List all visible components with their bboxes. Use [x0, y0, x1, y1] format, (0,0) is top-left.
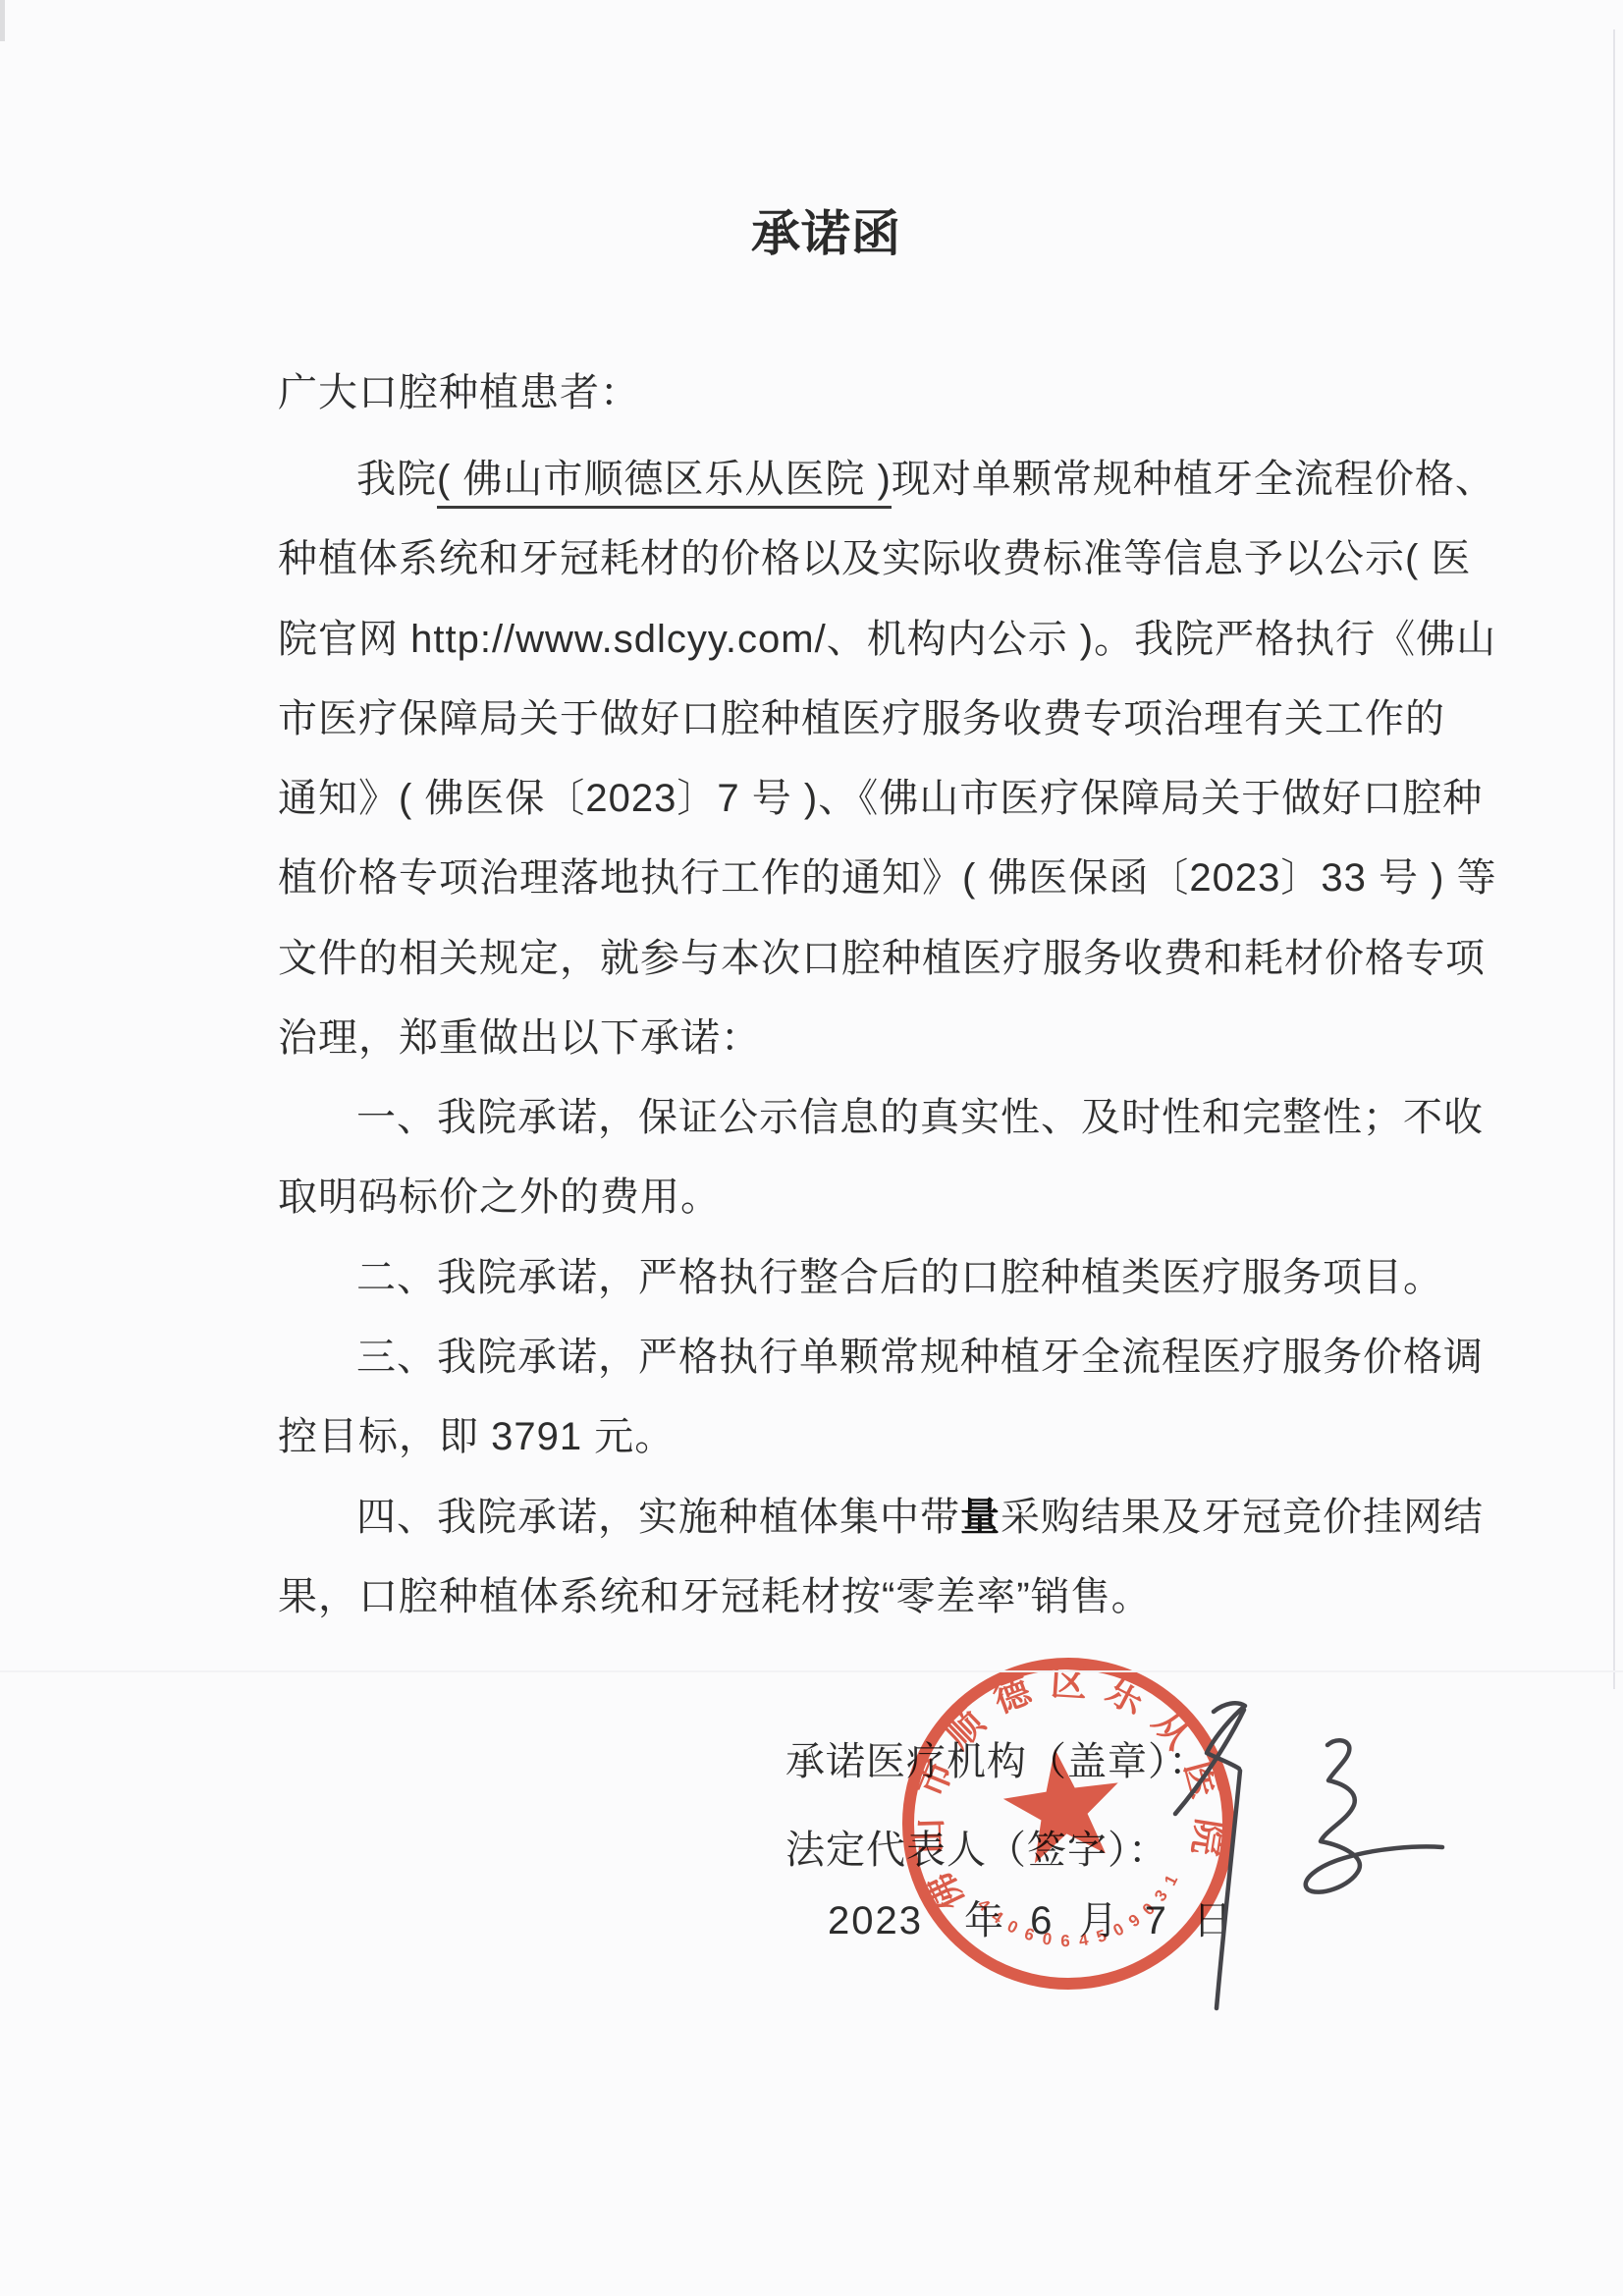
body-line: 通知》( 佛医保〔2023〕7 号 )、《佛山市医疗保障局关于做好口腔种: [278, 767, 1483, 823]
body-line-prefix: 我院: [356, 458, 437, 501]
item-4-bold-char: 量: [960, 1496, 1001, 1539]
legal-representative-label: 法定代表人（签字）：: [785, 1819, 1168, 1875]
scanned-commitment-letter-page: 承诺函 广大口腔种植患者： 我院( 佛山市顺德区乐从医院 )现对单颗常规种植牙全…: [0, 0, 1623, 2296]
commitment-item-4-line-1: 四、我院承诺，实施种植体集中带量采购结果及牙冠竞价挂网结: [356, 1486, 1484, 1542]
date-line: 2023 年 6 月 7 日: [828, 1889, 1234, 1945]
page-title: 承诺函: [751, 194, 901, 265]
scan-artifact-fold-line: [0, 1670, 1623, 1672]
body-line: 植价格专项治理落地执行工作的通知》( 佛医保函〔2023〕33 号 ) 等: [278, 847, 1497, 902]
body-line: 市医疗保障局关于做好口腔种植医疗服务收费专项治理有关工作的: [278, 687, 1445, 743]
commitment-item-3-line-2: 控目标，即 3791 元。: [278, 1405, 675, 1461]
salutation: 广大口腔种植患者：: [278, 361, 640, 417]
stamping-org-label: 承诺医疗机构（盖章）：: [785, 1730, 1209, 1786]
body-line: 院官网 http://www.sdlcyy.com/、机构内公示 )。我院严格执…: [278, 608, 1496, 664]
body-line: 我院( 佛山市顺德区乐从医院 )现对单颗常规种植牙全流程价格、: [356, 448, 1495, 504]
handwritten-signature: [1175, 1703, 1442, 2008]
body-line-suffix: 现对单颗常规种植牙全流程价格、: [892, 458, 1495, 501]
body-line: 文件的相关规定，就参与本次口腔种植医疗服务收费和耗材价格专项: [278, 927, 1486, 983]
hospital-name-underlined: ( 佛山市顺德区乐从医院 ): [437, 458, 892, 509]
item-4-suffix: 采购结果及牙冠竞价挂网结: [1001, 1496, 1484, 1539]
seal-and-signature-overlay: 佛山市顺德区乐从医院 4406064509031: [0, 0, 1623, 2296]
scan-artifact-right-edge-line: [1613, 29, 1615, 1689]
commitment-item-2: 二、我院承诺，严格执行整合后的口腔种植类医疗服务项目。: [356, 1246, 1443, 1302]
commitment-item-1-line-2: 取明码标价之外的费用。: [278, 1166, 721, 1222]
scan-artifact-corner: [0, 0, 5, 41]
commitment-item-1-line-1: 一、我院承诺，保证公示信息的真实性、及时性和完整性；不收: [356, 1086, 1484, 1142]
commitment-item-3-line-1: 三、我院承诺，严格执行单颗常规种植牙全流程医疗服务价格调: [356, 1326, 1484, 1382]
commitment-item-4-line-2: 果，口腔种植体系统和牙冠耗材按“零差率”销售。: [278, 1565, 1152, 1621]
item-4-prefix: 四、我院承诺，实施种植体集中带: [356, 1496, 960, 1539]
body-line: 治理，郑重做出以下承诺：: [278, 1007, 761, 1063]
body-line: 种植体系统和牙冠耗材的价格以及实际收费标准等信息予以公示( 医: [278, 527, 1471, 583]
